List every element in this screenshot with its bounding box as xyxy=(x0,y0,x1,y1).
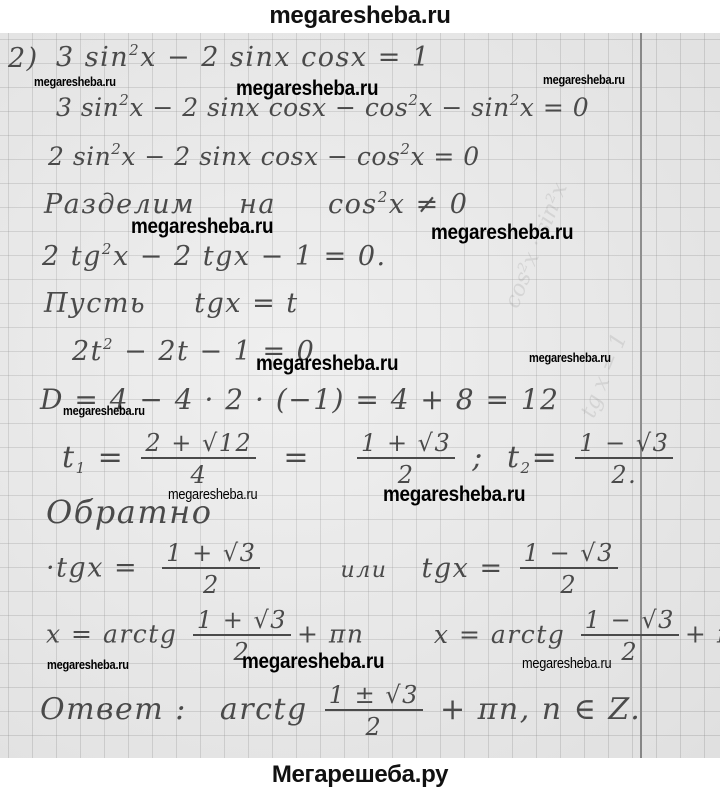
site-title-footer: Мегарешеба.ру xyxy=(0,758,720,792)
back-substitution-line: ·tgx = 1 + √32 или tgx = 1 − √32 xyxy=(46,541,624,597)
watermark: megaresheba.ru xyxy=(63,403,145,418)
watermark: megaresheba.ru xyxy=(431,221,573,245)
bleed-through-text: tg x = 1 xyxy=(576,330,632,422)
watermark: megaresheba.ru xyxy=(242,650,384,674)
problem-label: 2) xyxy=(8,43,39,74)
fraction: 1 + √32 xyxy=(357,431,455,487)
watermark: megaresheba.ru xyxy=(168,486,257,503)
watermark: megaresheba.ru xyxy=(236,77,378,101)
fraction: 1 − √32. xyxy=(575,431,673,487)
watermark: megaresheba.ru xyxy=(543,72,625,87)
watermark: megaresheba.ru xyxy=(34,74,116,89)
equation-line-3: 2 sin2x − 2 sinx cosx − cos2x = 0 xyxy=(48,140,480,171)
watermark: megaresheba.ru xyxy=(383,483,525,507)
bleed-through-text: cos²x · sin²x xyxy=(500,179,573,311)
fraction: 1 ± √32 xyxy=(325,683,423,739)
substitution-line: Пустьtgx = t xyxy=(44,288,299,319)
fraction: 2 + √124 xyxy=(141,431,256,487)
fraction: 1 + √32 xyxy=(162,541,260,597)
watermark: megaresheba.ru xyxy=(131,215,273,239)
equation-line-tg: 2 tg2x − 2 tgx − 1 = 0. xyxy=(42,240,387,272)
watermark: megaresheba.ru xyxy=(529,350,611,365)
answer-line: Ответ : arctg 1 ± √32 + πn, n ∈ Z. xyxy=(40,683,641,739)
site-title-header: megaresheba.ru xyxy=(0,0,720,33)
notebook-page: cos²x · sin²x tg x = 1 2) 3 sin2x − 2 si… xyxy=(0,33,720,758)
fraction: 1 − √32 xyxy=(520,541,618,597)
equation-line-1: 3 sin2x − 2 sinx cosx = 1 xyxy=(56,41,431,73)
watermark: megaresheba.ru xyxy=(256,352,398,376)
watermark: megaresheba.ru xyxy=(47,657,129,672)
watermark: megaresheba.ru xyxy=(522,655,611,672)
roots-line: t1 = 2 + √124 = 1 + √32 ; t2= 1 − √32. xyxy=(62,431,679,487)
